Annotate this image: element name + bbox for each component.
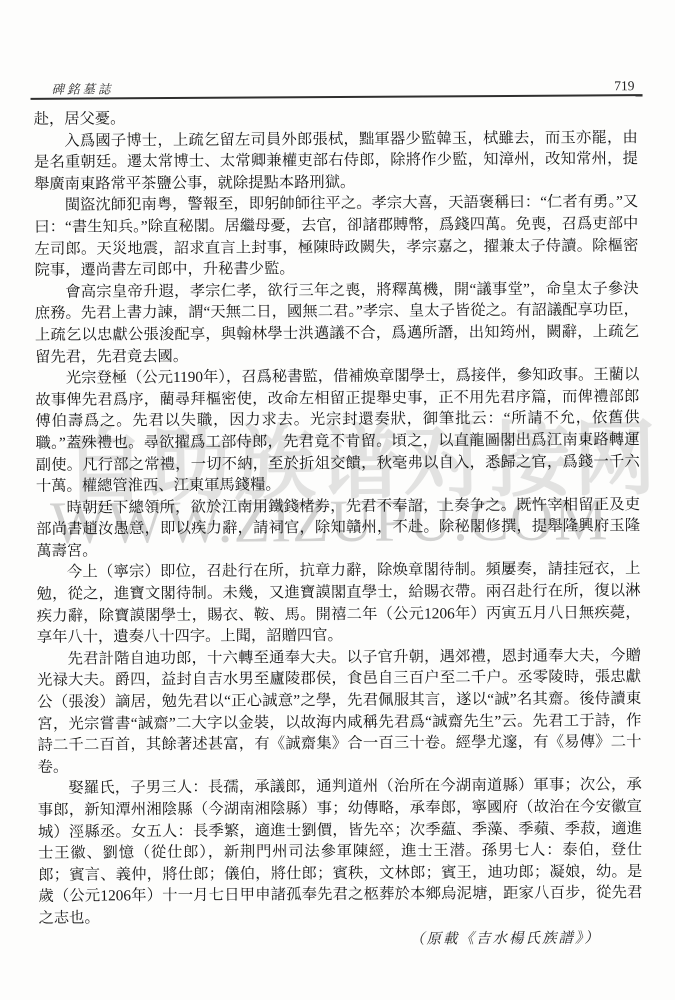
paragraph: 閩盜沈師犯南粤，警報至，即躬帥師往平之。孝宗大喜，天語褒稱曰：“仁者有勇。”又曰…: [34, 192, 639, 282]
paragraph: 入爲國子博士，上疏乞留左司員外郎張栻，黜軍器少監韓玉，栻雖去，而玉亦罷，由是名重…: [34, 127, 638, 195]
paragraph: 光宗登極（公元1190年），召爲秘書監，借補焕章閣學士，爲接伴，參知政事。王藺以…: [35, 364, 640, 497]
page-scan-tilt: 碑銘墓誌 719 自助族谱对接网 WWW.ZIZUPU.COM 赴，居父憂。 入…: [0, 0, 675, 1000]
paragraph: 娶羅氏，子男三人：長孺，承議郎，通判道州（治所在今湖南道縣）軍事；次公，承事郎，…: [38, 775, 643, 930]
paragraph: 時朝廷下總領所，欲於江南用鐵錢楮券，先君不奉詔，上奏争之。既忤宰相留正及吏部尚書…: [36, 494, 640, 562]
paragraph: 會高宗皇帝升遐，孝宗仁孝，欲行三年之喪，將釋萬機，開“議事堂”，命皇太子參決庶務…: [35, 278, 640, 368]
scanned-page: 碑銘墓誌 719 自助族谱对接网 WWW.ZIZUPU.COM 赴，居父憂。 入…: [0, 0, 675, 1000]
source-citation: （原載《吉水楊氏族譜》）: [39, 928, 643, 953]
page-header: 碑銘墓誌 719: [33, 70, 640, 98]
page-number: 719: [614, 78, 640, 94]
document-body: 赴，居父憂。 入爲國子博士，上疏乞留左司員外郎張栻，黜軍器少監韓玉，栻雖去，而玉…: [34, 105, 643, 953]
paragraph: 今上（寧宗）即位，召赴行在所，抗章力辭，除焕章閣待制。頻屢奏，請挂冠衣，上勉，從…: [36, 559, 641, 649]
paragraph: 先君計階自迪功郎，十六轉至通奉大夫。以子官升朝，遇郊禮，恩封通奉大夫，今贈光禄大…: [37, 645, 642, 778]
running-head: 碑銘墓誌: [33, 79, 113, 97]
